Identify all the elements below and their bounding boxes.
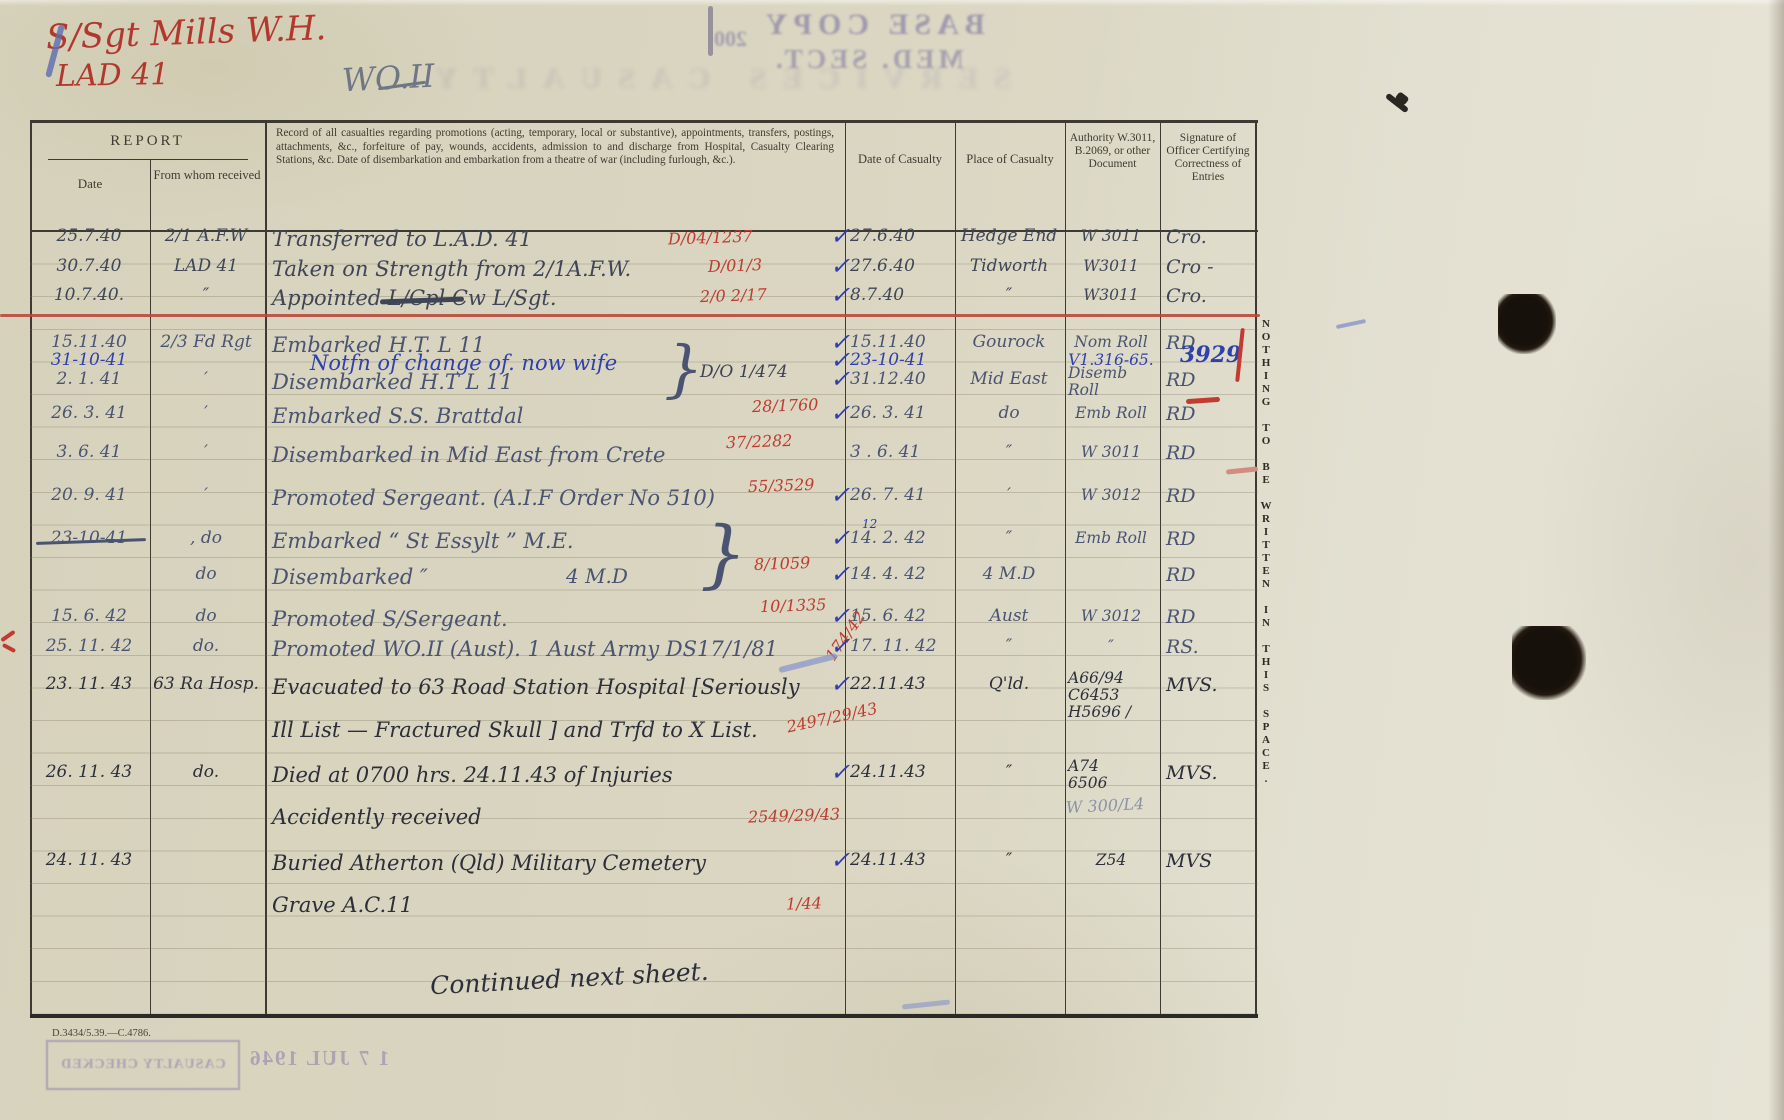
entry-7-place: do bbox=[956, 405, 1062, 423]
scanned-casualty-form-page: S/Sgt Mills W.H. LAD 41 WO.II REPORT Dat… bbox=[0, 0, 1784, 1120]
entry-11-casualty-date: 14. 4. 42 bbox=[850, 566, 926, 584]
col-line-left bbox=[30, 120, 32, 1014]
entry-10-checkmark: ✓ bbox=[830, 526, 850, 551]
entry-1-from: 2/1 A.F.W bbox=[150, 228, 262, 246]
entry-9-signature: RD bbox=[1166, 487, 1196, 507]
entry-3-checkmark: ✓ bbox=[830, 283, 850, 308]
entry-9-date: 20. 9. 41 bbox=[32, 487, 146, 505]
brace-notification: } bbox=[664, 336, 703, 401]
entry-8-authority: W 3011 bbox=[1064, 444, 1158, 460]
entry-6-from: ′ bbox=[150, 371, 262, 389]
entry-1-red-ref: D/04/1237 bbox=[668, 229, 753, 249]
entry-6-date: 2. 1. 41 bbox=[32, 371, 146, 389]
entry-12-authority: W 3012 bbox=[1064, 608, 1158, 624]
entry-2-red-ref: D/01/3 bbox=[708, 257, 763, 276]
authority-header: Authority W.3011, B.2069, or other Docum… bbox=[1068, 132, 1157, 171]
entry-13-authority: ″ bbox=[1064, 638, 1158, 654]
entry-7-record: Embarked S.S. Brattdal bbox=[272, 405, 523, 427]
entry-8-casualty-date: 3 . 6. 41 bbox=[850, 444, 920, 462]
stamp-200: 200 bbox=[714, 26, 747, 52]
entry-9-from: ′ bbox=[150, 487, 262, 505]
form-number: D.3434/5.39.—C.4786. bbox=[52, 1028, 151, 1039]
entry-1-checkmark: ✓ bbox=[830, 224, 850, 249]
entry-6-authority-l1: Disemb bbox=[1068, 365, 1127, 381]
entry-16-casualty-date: 24.11.43 bbox=[850, 852, 926, 870]
entry-14-signature: MVS. bbox=[1166, 676, 1218, 696]
entry-6-signature: RD bbox=[1166, 371, 1196, 391]
entry-8-place: ″ bbox=[956, 444, 1062, 462]
stamp-bracket bbox=[708, 6, 713, 56]
entry-6-place: Mid East bbox=[956, 371, 1062, 389]
ref-do-1-474: D/O 1/474 bbox=[700, 364, 788, 382]
entry-14-red-ref: 2497/29/43 bbox=[785, 701, 879, 737]
entry-4-authority: Nom Roll bbox=[1064, 334, 1158, 350]
entry-15-place: ″ bbox=[956, 764, 1062, 782]
entry-7-date: 26. 3. 41 bbox=[32, 405, 146, 423]
entry-3-signature: Cro. bbox=[1166, 287, 1207, 307]
entry-3-casualty-date: 8.7.40 bbox=[850, 287, 904, 305]
entry-16-signature: MVS bbox=[1166, 852, 1212, 872]
entry-16-record: Buried Atherton (Qld) Military Cemetery bbox=[272, 852, 706, 874]
entry-2-signature: Cro - bbox=[1166, 258, 1214, 278]
entry-13-casualty-date: 17. 11. 42 bbox=[850, 638, 937, 656]
soldier-unit: LAD 41 bbox=[56, 59, 170, 92]
entry-11-checkmark: ✓ bbox=[830, 562, 850, 587]
margin-note: NOTHING TO BE WRITTEN IN THIS SPACE. bbox=[1260, 318, 1280, 804]
entry-10-from: , do bbox=[150, 530, 262, 548]
entry-16-record-line2: Grave A.C.11 bbox=[272, 894, 413, 916]
entry-15-authority-l1: A74 bbox=[1068, 758, 1099, 774]
entry-12-record: Promoted S/Sergeant. bbox=[272, 608, 508, 630]
entry-1-authority: W 3011 bbox=[1064, 228, 1158, 244]
punch-hole-top bbox=[1498, 294, 1556, 354]
entry-14-date: 23. 11. 43 bbox=[32, 676, 146, 694]
entry-10-place: ″ bbox=[956, 530, 1062, 548]
entry-13-record: Promoted WO.II (Aust). 1 Aust Army DS17/… bbox=[272, 638, 778, 660]
entry-13-date: 25. 11. 42 bbox=[32, 638, 146, 656]
date-column-header: Date bbox=[34, 176, 146, 192]
col-line-from-record bbox=[265, 120, 267, 1014]
entry-14-checkmark: ✓ bbox=[830, 672, 850, 697]
entry-14-authority-l2: C6453 bbox=[1068, 687, 1119, 703]
stamp-checked-box: CASUALTY CHECKED bbox=[46, 1040, 240, 1090]
entry-13-place: ″ bbox=[956, 638, 1062, 656]
entry-7-casualty-date: 26. 3. 41 bbox=[850, 405, 926, 423]
entry-3-red-ref: 2/0 2/17 bbox=[700, 287, 767, 306]
entry-9-red-ref: 55/3529 bbox=[748, 477, 815, 496]
entry-2-from: LAD 41 bbox=[150, 258, 262, 276]
cdate-correction: 12 bbox=[862, 518, 877, 531]
col-line-auth-sig bbox=[1160, 120, 1161, 1014]
entry-9-authority: W 3012 bbox=[1064, 487, 1158, 503]
entry-7-authority: Emb Roll bbox=[1064, 405, 1158, 421]
entry-1-signature: Cro. bbox=[1166, 228, 1207, 248]
entry-5-date: 31-10-41 bbox=[32, 352, 146, 370]
entry-14-authority-l3: H5696 / bbox=[1068, 704, 1131, 720]
entry-15-red-ref: 2549/29/43 bbox=[748, 806, 841, 826]
entry-9-place: ′ bbox=[956, 487, 1062, 505]
entry-16-authority: Z54 bbox=[1064, 852, 1158, 868]
entry-15-date: 26. 11. 43 bbox=[32, 764, 146, 782]
entry-8-record: Disembarked in Mid East from Crete bbox=[272, 444, 665, 466]
table-bottom-border bbox=[30, 1014, 1258, 1018]
col-line-right bbox=[1255, 120, 1257, 1014]
entry-13-signature: RS. bbox=[1166, 638, 1199, 658]
entry-9-checkmark: ✓ bbox=[830, 483, 850, 508]
entry-7-signature: RD bbox=[1166, 405, 1196, 425]
blue-squiggle-bottom bbox=[902, 1000, 950, 1010]
entry-3-from: ″ bbox=[150, 287, 262, 305]
entry-3-date: 10.7.40. bbox=[32, 287, 146, 305]
place-casualty-header: Place of Casualty bbox=[959, 152, 1061, 166]
entry-3-place: ″ bbox=[956, 287, 1062, 305]
entry-2-authority: W3011 bbox=[1064, 258, 1158, 274]
entry-10-authority: Emb Roll bbox=[1064, 530, 1158, 546]
entry-8-red-ref: 37/2282 bbox=[726, 433, 793, 452]
entry-4-place: Gourock bbox=[956, 334, 1062, 352]
report-underline bbox=[48, 159, 248, 160]
text-4md: 4 M.D bbox=[566, 566, 628, 587]
entry-2-date: 30.7.40 bbox=[32, 258, 146, 276]
entry-11-place: 4 M.D bbox=[956, 566, 1062, 584]
entry-15-signature: MVS. bbox=[1166, 764, 1218, 784]
entry-7-checkmark: ✓ bbox=[830, 401, 850, 426]
entry-12-signature: RD bbox=[1166, 608, 1196, 628]
entry-15-checkmark: ✓ bbox=[830, 760, 850, 785]
report-header: REPORT bbox=[30, 133, 265, 150]
entry-12-red-ref: 10/1335 bbox=[760, 597, 827, 616]
entry-7-from: ′ bbox=[150, 405, 262, 423]
entry-6-record: Disembarked H.T L 11 bbox=[272, 371, 513, 393]
entry-6-checkmark: ✓ bbox=[830, 367, 850, 392]
col-line-place-auth bbox=[1065, 120, 1066, 1014]
entry-10-casualty-date: 14. 2. 42 bbox=[850, 530, 926, 548]
entry-2-checkmark: ✓ bbox=[830, 254, 850, 279]
stamp-date-1946: 1 7 JUL 1946 bbox=[248, 1046, 389, 1071]
red-mark-left-b bbox=[2, 643, 16, 653]
red-rule bbox=[0, 314, 1260, 317]
entry-6-casualty-date: 31.12.40 bbox=[850, 371, 926, 389]
entry-12-from: do bbox=[150, 608, 262, 626]
record-column-header: Record of all casualties regarding promo… bbox=[276, 127, 834, 168]
entry-11-red-ref: 8/1059 bbox=[754, 555, 811, 574]
entry-11-record: Disembarked ″ bbox=[272, 566, 428, 588]
signature-header: Signature of Officer Certifying Correctn… bbox=[1163, 132, 1253, 184]
entry-9-casualty-date: 26. 7. 41 bbox=[850, 487, 926, 505]
entry-2-record: Taken on Strength from 2/1A.F.W. bbox=[272, 258, 631, 280]
entry-3-authority: W3011 bbox=[1064, 287, 1158, 303]
entry-15-casualty-date: 24.11.43 bbox=[850, 764, 926, 782]
entry-8-signature: RD bbox=[1166, 444, 1196, 464]
entry-15-record-line2: Accidently received bbox=[272, 806, 482, 828]
entry-16-place: ″ bbox=[956, 852, 1062, 870]
entry-9-record: Promoted Sergeant. (A.I.F Order No 510) bbox=[272, 487, 715, 509]
entry-12-place: Aust bbox=[956, 608, 1062, 626]
entry-11-from: do bbox=[150, 566, 262, 584]
entry-4-from: 2/3 Fd Rgt bbox=[150, 334, 262, 352]
entry-16-checkmark: ✓ bbox=[830, 848, 850, 873]
entry-14-record: Evacuated to 63 Road Station Hospital [S… bbox=[272, 676, 800, 698]
entry-1-record: Transferred to L.A.D. 41 bbox=[272, 228, 532, 250]
stamp-faint-wide: SERVICES CASUALTY bbox=[420, 62, 1011, 96]
entry-13-from: do. bbox=[150, 638, 262, 656]
entry-7-red-ref: 28/1760 bbox=[752, 397, 819, 416]
red-dash-margin bbox=[1226, 466, 1258, 474]
entry-10-signature: RD bbox=[1166, 530, 1196, 550]
ref-3929: 3929 bbox=[1180, 344, 1241, 367]
entry-11-signature: RD bbox=[1166, 566, 1196, 586]
stamp-base-copy: BASE COPY bbox=[760, 8, 985, 42]
entry-15-authority-l2: 6506 bbox=[1068, 775, 1107, 791]
continued-note: Continued next sheet. bbox=[430, 959, 710, 1000]
entry-8-date: 3. 6. 41 bbox=[32, 444, 146, 462]
entry-10-record: Embarked “ St Essylt ” M.E. bbox=[272, 530, 574, 552]
entry-14-from: 63 Ra Hosp. bbox=[150, 676, 262, 694]
brace-embark: } bbox=[700, 516, 747, 594]
entry-2-place: Tidworth bbox=[956, 258, 1062, 276]
entry-6-authority-l2: Roll bbox=[1068, 382, 1099, 398]
entry-16-date: 24. 11. 43 bbox=[32, 852, 146, 870]
entry-1-place: Hedge End bbox=[956, 228, 1062, 246]
entry-14-authority-l1: A66/94 bbox=[1068, 670, 1124, 686]
entry-16-red-ref: 1/44 bbox=[786, 895, 823, 913]
entry-15-from: do. bbox=[150, 764, 262, 782]
entry-5-casualty-date: 23-10-41 bbox=[850, 352, 926, 370]
date-casualty-header: Date of Casualty bbox=[849, 152, 951, 166]
pencil-authority: W 300/L4 bbox=[1066, 796, 1145, 817]
entry-8-from: ′ bbox=[150, 444, 262, 462]
entry-14-place: Q'ld. bbox=[956, 676, 1062, 694]
table-top-border bbox=[30, 120, 1258, 123]
blue-wave-margin bbox=[1336, 319, 1366, 329]
from-column-header: From whom received bbox=[152, 168, 262, 182]
entry-15-record: Died at 0700 hrs. 24.11.43 of Injuries bbox=[272, 764, 673, 786]
entry-1-casualty-date: 27.6.40 bbox=[850, 228, 915, 246]
entry-14-casualty-date: 22.11.43 bbox=[850, 676, 926, 694]
red-tick-margin bbox=[1186, 397, 1220, 404]
punch-hole-bottom bbox=[1512, 626, 1586, 700]
entry-1-date: 25.7.40 bbox=[32, 228, 146, 246]
entry-12-date: 15. 6. 42 bbox=[32, 608, 146, 626]
soldier-name: S/Sgt Mills W.H. bbox=[45, 11, 326, 56]
red-mark-left-a bbox=[0, 630, 15, 642]
blue-smudge bbox=[778, 653, 838, 673]
entry-2-casualty-date: 27.6.40 bbox=[850, 258, 915, 276]
entry-14-record-line2: Ill List — Fractured Skull ] and Trfd to… bbox=[272, 719, 758, 741]
